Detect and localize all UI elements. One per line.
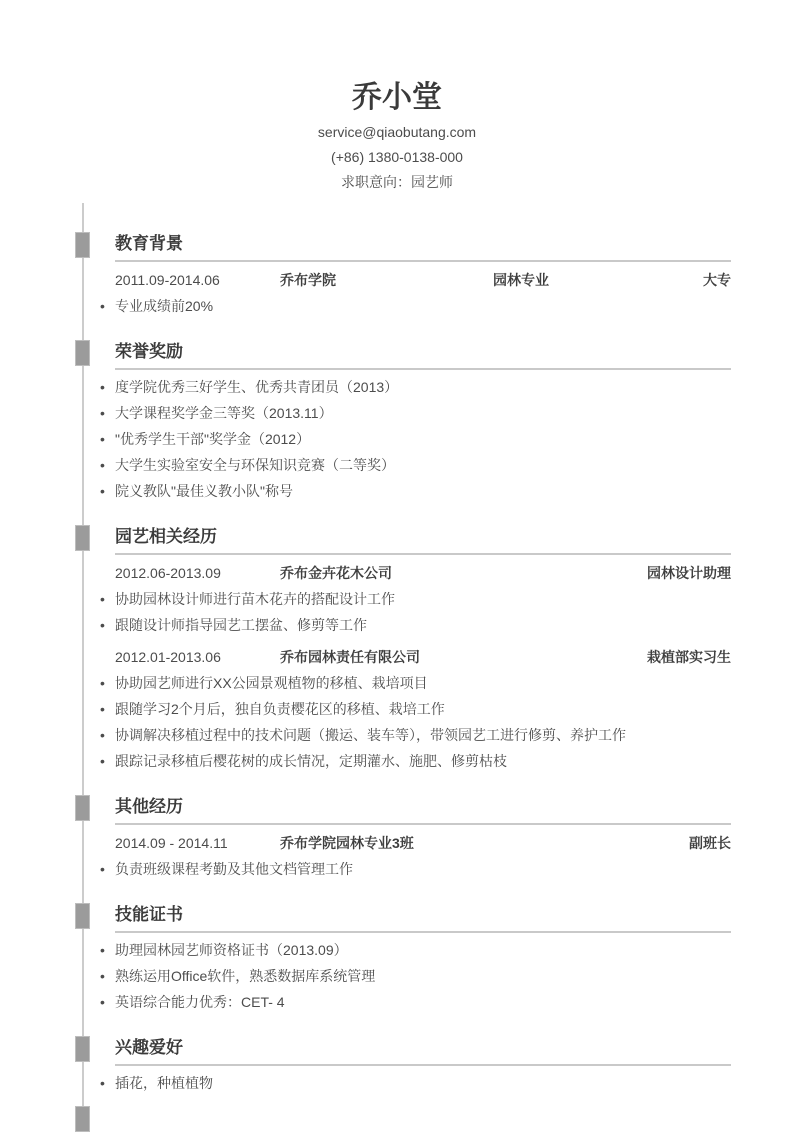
section-title: 技能证书 xyxy=(115,904,731,933)
job-objective: 求职意向：园艺师 xyxy=(0,173,794,191)
education-school: 乔布学院 xyxy=(280,271,493,289)
interests-bullets: 插花，种植植物 xyxy=(115,1074,731,1092)
bullet-item: "优秀学生干部"奖学金（2012） xyxy=(115,430,731,448)
section-marker xyxy=(75,903,90,929)
education-major: 园林专业 xyxy=(493,271,703,289)
experience-entry: 2014.09 - 2014.11 乔布学院园林专业3班 副班长 负责班级课程考… xyxy=(115,834,731,878)
experience-date: 2012.01-2013.06 xyxy=(115,648,280,666)
section-other-experience: 其他经历 2014.09 - 2014.11 乔布学院园林专业3班 副班长 负责… xyxy=(115,796,731,878)
education-degree: 大专 xyxy=(703,271,731,289)
bullet-item: 协调解决移植过程中的技术问题（搬运、装车等），带领园艺工进行修剪、养护工作 xyxy=(115,726,731,744)
bullet-item: 跟踪记录移植后樱花树的成长情况，定期灌水、施肥、修剪枯枝 xyxy=(115,752,731,770)
experience-row: 2014.09 - 2014.11 乔布学院园林专业3班 副班长 xyxy=(115,834,731,852)
section-education: 教育背景 2011.09-2014.06 乔布学院 园林专业 大专 专业成绩前2… xyxy=(115,233,731,315)
bullet-item: 英语综合能力优秀：CET- 4 xyxy=(115,993,731,1011)
section-marker xyxy=(75,340,90,366)
experience-bullets: 协助园林设计师进行苗木花卉的搭配设计工作 跟随设计师指导园艺工摆盆、修剪等工作 xyxy=(115,590,731,634)
bullet-item: 插花，种植植物 xyxy=(115,1074,731,1092)
experience-bullets: 负责班级课程考勤及其他文档管理工作 xyxy=(115,860,731,878)
experience-date: 2014.09 - 2014.11 xyxy=(115,834,280,852)
bullet-item: 跟随设计师指导园艺工摆盆、修剪等工作 xyxy=(115,616,731,634)
resume-body: 教育背景 2011.09-2014.06 乔布学院 园林专业 大专 专业成绩前2… xyxy=(0,191,794,1132)
experience-role: 副班长 xyxy=(689,834,731,852)
bullet-item: 跟随学习2个月后，独自负责樱花区的移植、栽培工作 xyxy=(115,700,731,718)
section-marker xyxy=(75,232,90,258)
experience-company: 乔布学院园林专业3班 xyxy=(280,834,689,852)
bullet-item: 大学课程奖学金三等奖（2013.11） xyxy=(115,404,731,422)
bullet-item: 协助园艺师进行XX公园景观植物的移植、栽培项目 xyxy=(115,674,731,692)
bullet-item: 助理园林园艺师资格证书（2013.09） xyxy=(115,941,731,959)
experience-row: 2012.01-2013.06 乔布园林责任有限公司 栽植部实习生 xyxy=(115,648,731,666)
experience-bullets: 协助园艺师进行XX公园景观植物的移植、栽培项目 跟随学习2个月后，独自负责樱花区… xyxy=(115,674,731,770)
bullet-item: 度学院优秀三好学生、优秀共青团员（2013） xyxy=(115,378,731,396)
bullet-item: 熟练运用Office软件，熟悉数据库系统管理 xyxy=(115,967,731,985)
resume-page: 乔小堂 service@qiaobutang.com (+86) 1380-01… xyxy=(0,0,794,1132)
skills-bullets: 助理园林园艺师资格证书（2013.09） 熟练运用Office软件，熟悉数据库系… xyxy=(115,941,731,1011)
experience-entry: 2012.06-2013.09 乔布金卉花木公司 园林设计助理 协助园林设计师进… xyxy=(115,564,731,634)
section-marker xyxy=(75,795,90,821)
experience-company: 乔布园林责任有限公司 xyxy=(280,648,647,666)
timeline-end-marker xyxy=(75,1106,90,1132)
education-row: 2011.09-2014.06 乔布学院 园林专业 大专 xyxy=(115,271,731,289)
bullet-item: 专业成绩前20% xyxy=(115,297,731,315)
honors-bullets: 度学院优秀三好学生、优秀共青团员（2013） 大学课程奖学金三等奖（2013.1… xyxy=(115,378,731,500)
experience-role: 园林设计助理 xyxy=(647,564,731,582)
bullet-item: 协助园林设计师进行苗木花卉的搭配设计工作 xyxy=(115,590,731,608)
section-interests: 兴趣爱好 插花，种植植物 xyxy=(115,1037,731,1092)
section-marker xyxy=(75,525,90,551)
section-skills: 技能证书 助理园林园艺师资格证书（2013.09） 熟练运用Office软件，熟… xyxy=(115,904,731,1011)
phone-text: (+86) 1380-0138-000 xyxy=(0,148,794,166)
experience-entry: 2012.01-2013.06 乔布园林责任有限公司 栽植部实习生 协助园艺师进… xyxy=(115,648,731,770)
section-gardening-experience: 园艺相关经历 2012.06-2013.09 乔布金卉花木公司 园林设计助理 协… xyxy=(115,526,731,770)
experience-row: 2012.06-2013.09 乔布金卉花木公司 园林设计助理 xyxy=(115,564,731,582)
section-marker xyxy=(75,1036,90,1062)
resume-header: 乔小堂 service@qiaobutang.com (+86) 1380-01… xyxy=(0,0,794,191)
section-title: 园艺相关经历 xyxy=(115,526,731,555)
bullet-item: 院义教队"最佳义教小队"称号 xyxy=(115,482,731,500)
email-text: service@qiaobutang.com xyxy=(0,123,794,141)
bullet-item: 负责班级课程考勤及其他文档管理工作 xyxy=(115,860,731,878)
experience-company: 乔布金卉花木公司 xyxy=(280,564,647,582)
section-honors: 荣誉奖励 度学院优秀三好学生、优秀共青团员（2013） 大学课程奖学金三等奖（2… xyxy=(115,341,731,500)
education-bullets: 专业成绩前20% xyxy=(115,297,731,315)
section-title: 教育背景 xyxy=(115,233,731,262)
experience-date: 2012.06-2013.09 xyxy=(115,564,280,582)
section-title: 兴趣爱好 xyxy=(115,1037,731,1066)
bullet-item: 大学生实验室安全与环保知识竞赛（二等奖） xyxy=(115,456,731,474)
education-date: 2011.09-2014.06 xyxy=(115,271,280,289)
section-title: 其他经历 xyxy=(115,796,731,825)
section-title: 荣誉奖励 xyxy=(115,341,731,370)
candidate-name: 乔小堂 xyxy=(0,80,794,116)
experience-role: 栽植部实习生 xyxy=(647,648,731,666)
